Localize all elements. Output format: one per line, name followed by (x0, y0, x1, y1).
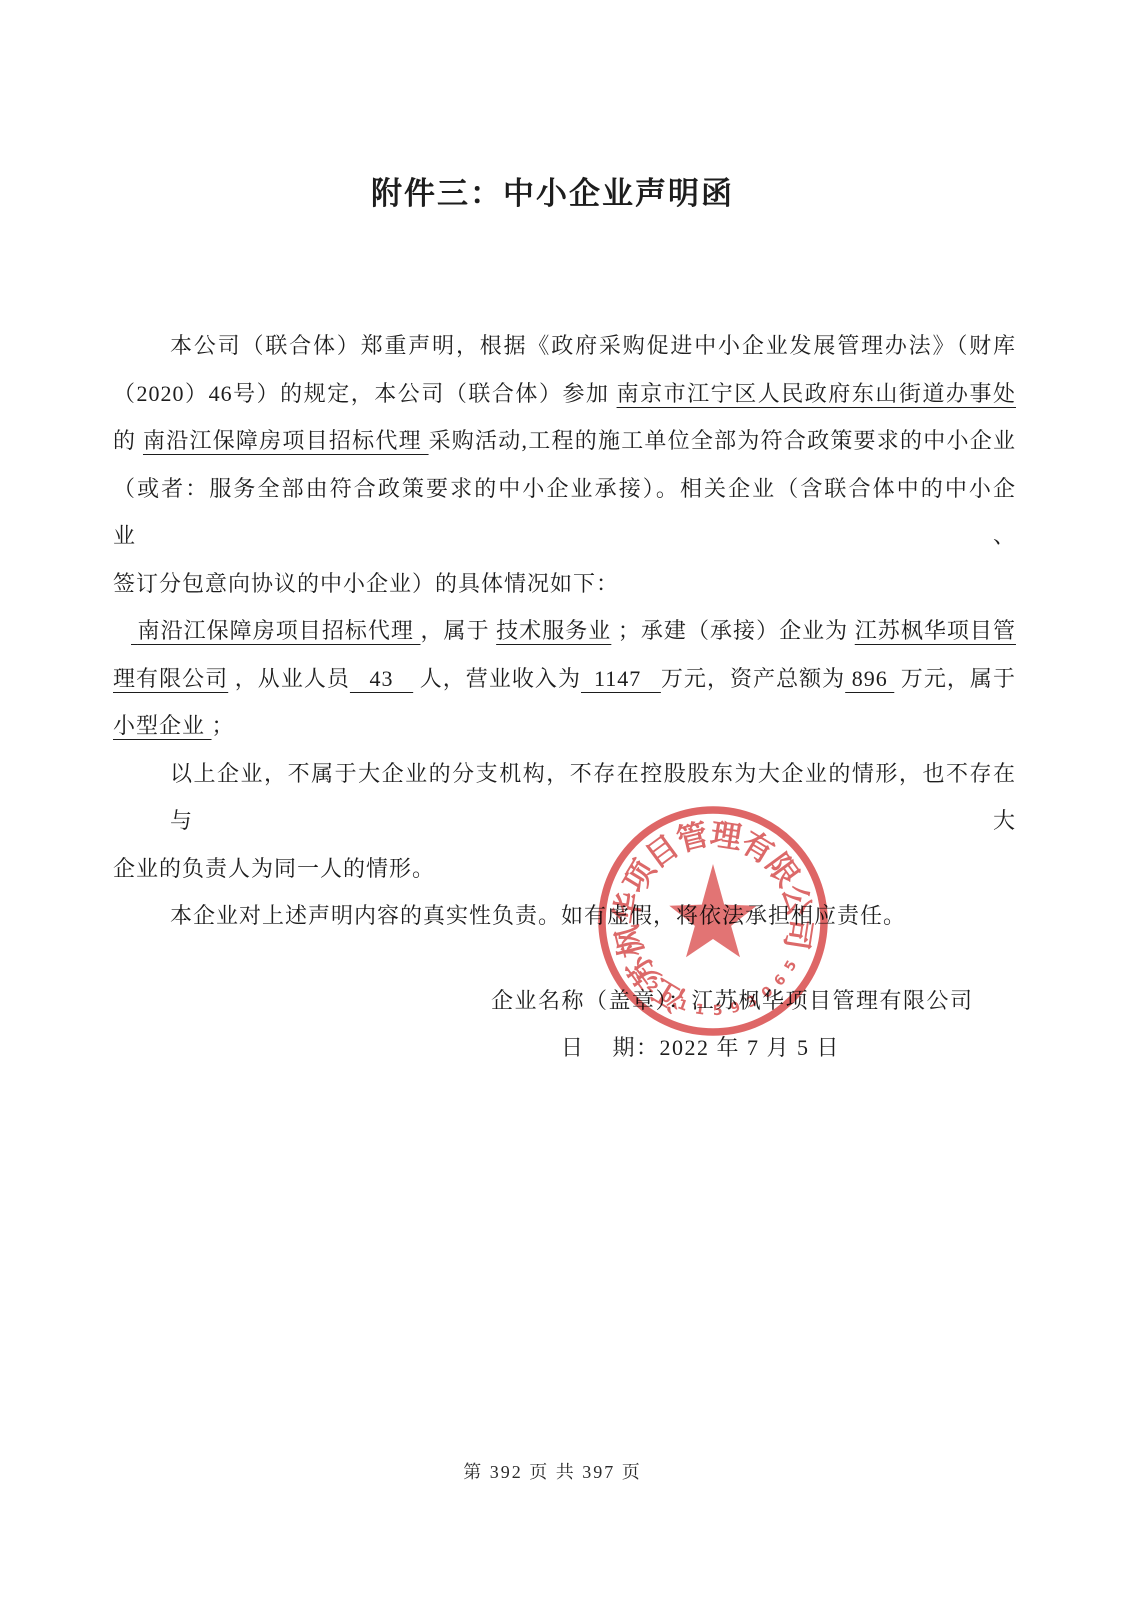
page-footer: 第 392 页 共 397 页 (0, 1458, 1105, 1484)
body-line: 小型企业 ； (113, 702, 1016, 750)
fill-in-blank: 江苏枫华项目管 (855, 618, 1016, 643)
body-text: 签订分包意向协议的中小企业）的具体情况如下： (113, 571, 619, 596)
fill-in-blank: 南沿江保障房项目招标代理 (143, 428, 429, 453)
fill-in-blank: 南京市江宁区人民政府东山街道办事处 (617, 381, 1016, 406)
body-text: 人，营业收入为 (413, 666, 581, 691)
body-text: （2020）46号）的规定，本公司（联合体）参加 (113, 381, 617, 406)
signature-block: 企业名称（盖章）：江苏枫华项目管理有限公司日 期：2022 年 7 月 5 日 (113, 977, 1016, 1072)
body-text: ，属于 (421, 618, 497, 643)
signature-company-line: 企业名称（盖章）：江苏枫华项目管理有限公司 (113, 977, 1016, 1025)
body-line: （或者：服务全部由符合政策要求的中小企业承接）。相关企业（含联合体中的中小企业、 (113, 465, 1016, 560)
body-text: 本公司（联合体）郑重声明，根据《政府采购促进中小企业发展管理办法》（财库 (170, 333, 1016, 358)
fill-in-blank: 南沿江保障房项目招标代理 (131, 618, 421, 643)
body-line: 签订分包意向协议的中小企业）的具体情况如下： (113, 560, 1016, 608)
fill-in-blank: 896 (845, 666, 894, 691)
body-text: 企业的负责人为同一人的情形。 (113, 856, 435, 881)
fill-in-blank: 1147 (581, 666, 661, 691)
body-line: 南沿江保障房项目招标代理 ，属于 技术服务业 ；承建（承接）企业为 江苏枫华项目… (113, 607, 1016, 655)
body-text: 的 (113, 428, 143, 453)
signature-date-line: 日 期：2022 年 7 月 5 日 (113, 1024, 1016, 1072)
body-text: 万元，资产总额为 (661, 666, 845, 691)
body-line: 理有限公司 ，从业人员 43 人，营业收入为 1147 万元，资产总额为 896… (113, 655, 1016, 703)
body-line: 的 南沿江保障房项目招标代理 采购活动,工程的施工单位全部为符合政策要求的中小企… (113, 417, 1016, 465)
body-line: 以上企业，不属于大企业的分支机构，不存在控股股东为大企业的情形，也不存在与大 (113, 750, 1016, 845)
body-text: 以上企业，不属于大企业的分支机构，不存在控股股东为大企业的情形，也不存在与大 (170, 761, 1016, 834)
body-line: 本公司（联合体）郑重声明，根据《政府采购促进中小企业发展管理办法》（财库 (113, 322, 1016, 370)
fill-in-blank: 43 (350, 666, 413, 691)
body-text: （或者：服务全部由符合政策要求的中小企业承接）。相关企业（含联合体中的中小企业、 (113, 476, 1016, 549)
body-line: （2020）46号）的规定，本公司（联合体）参加 南京市江宁区人民政府东山街道办… (113, 370, 1016, 418)
fill-in-blank: 小型企业 (113, 713, 212, 738)
body-text: ，从业人员 (228, 666, 350, 691)
document-page: 附件三：中小企业声明函 本公司（联合体）郑重声明，根据《政府采购促进中小企业发展… (0, 0, 1131, 1600)
body-text: 万元，属于 (894, 666, 1016, 691)
body-text: ； (212, 713, 235, 738)
fill-in-blank: 技术服务业 (496, 618, 611, 643)
body-line: 本企业对上述声明内容的真实性负责。如有虚假，将依法承担相应责任。 (113, 892, 1016, 940)
body-line: 企业的负责人为同一人的情形。 (113, 845, 1016, 893)
body-text: 本企业对上述声明内容的真实性负责。如有虚假，将依法承担相应责任。 (170, 903, 906, 928)
fill-in-blank: 理有限公司 (113, 666, 228, 691)
body-text: 采购活动,工程的施工单位全部为符合政策要求的中小企业 (429, 428, 1016, 453)
document-body: 本公司（联合体）郑重声明，根据《政府采购促进中小企业发展管理办法》（财库（202… (113, 322, 1016, 1072)
body-text: ；承建（承接）企业为 (611, 618, 854, 643)
document-title: 附件三：中小企业声明函 (0, 168, 1105, 213)
